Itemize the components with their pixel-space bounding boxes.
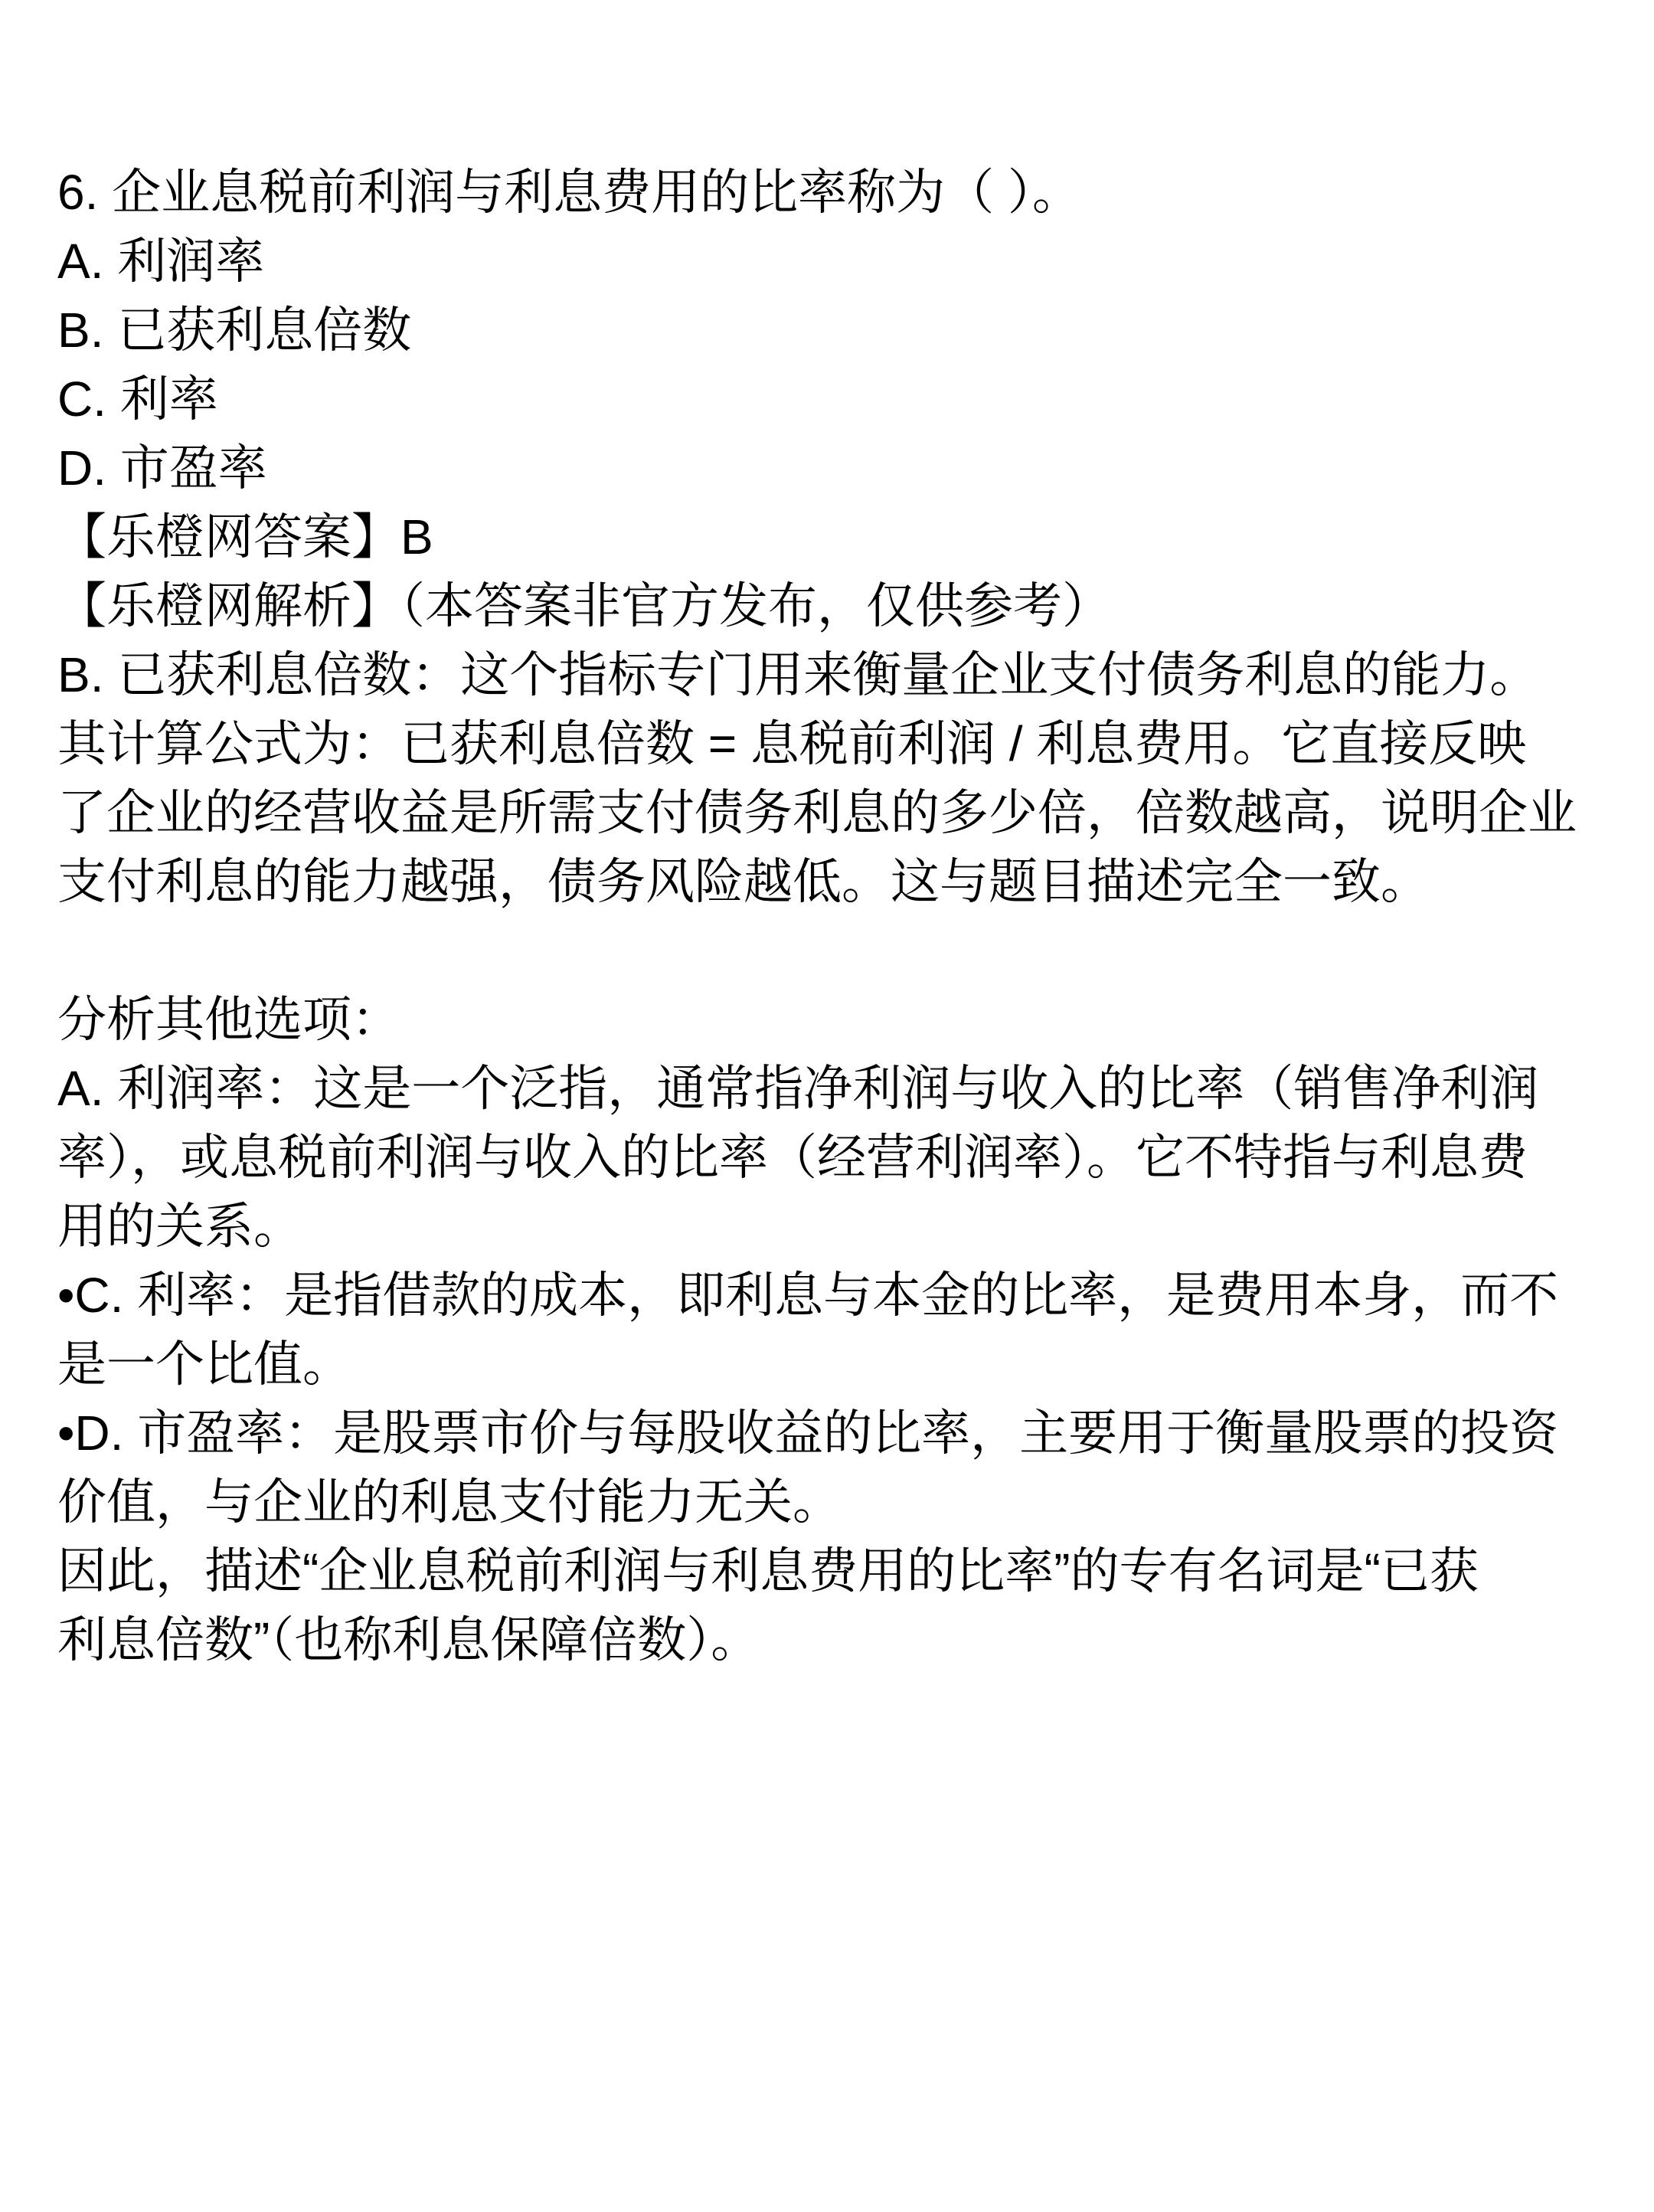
conclusion-line-2: 利息倍数”（也称利息保障倍数）。: [57, 1605, 1612, 1674]
question-stem: 6. 企业息税前利润与利息费用的比率称为（ ）。: [57, 158, 1612, 227]
answer-line: 【乐橙网答案】B: [57, 502, 1612, 571]
analysis-option-c-line-1: •C. 利率：是指借款的成本，即利息与本金的比率，是费用本身，而不: [57, 1261, 1612, 1330]
exam-question-page: 6. 企业息税前利润与利息费用的比率称为（ ）。 A. 利润率 B. 已获利息倍…: [0, 0, 1654, 1674]
analysis-correct-option-line-3: 了企业的经营收益是所需支付债务利息的多少倍，倍数越高，说明企业: [57, 778, 1612, 847]
conclusion-line-1: 因此，描述“企业息税前利润与利息费用的比率”的专有名词是“已获: [57, 1536, 1612, 1605]
analysis-option-a-line-1: A. 利润率：这是一个泛指，通常指净利润与收入的比率（销售净利润: [57, 1054, 1612, 1123]
blank-line: [57, 916, 1612, 985]
analysis-correct-option-line-4: 支付利息的能力越强，债务风险越低。这与题目描述完全一致。: [57, 847, 1612, 916]
option-b: B. 已获利息倍数: [57, 296, 1612, 365]
option-d: D. 市盈率: [57, 434, 1612, 502]
option-a: A. 利润率: [57, 227, 1612, 296]
analysis-option-d-line-2: 价值，与企业的利息支付能力无关。: [57, 1468, 1612, 1536]
option-c: C. 利率: [57, 365, 1612, 434]
analysis-correct-option-line-1: B. 已获利息倍数：这个指标专门用来衡量企业支付债务利息的能力。: [57, 640, 1612, 709]
other-options-header: 分析其他选项：: [57, 985, 1612, 1054]
analysis-option-a-line-2: 率），或息税前利润与收入的比率（经营利润率）。它不特指与利息费: [57, 1123, 1612, 1192]
analysis-header: 【乐橙网解析】（本答案非官方发布，仅供参考）: [57, 571, 1612, 640]
analysis-option-a-line-3: 用的关系。: [57, 1192, 1612, 1261]
analysis-option-d-line-1: •D. 市盈率：是股票市价与每股收益的比率，主要用于衡量股票的投资: [57, 1399, 1612, 1468]
analysis-option-c-line-2: 是一个比值。: [57, 1330, 1612, 1399]
analysis-correct-option-line-2: 其计算公式为：已获利息倍数 = 息税前利润 / 利息费用。它直接反映: [57, 709, 1612, 778]
